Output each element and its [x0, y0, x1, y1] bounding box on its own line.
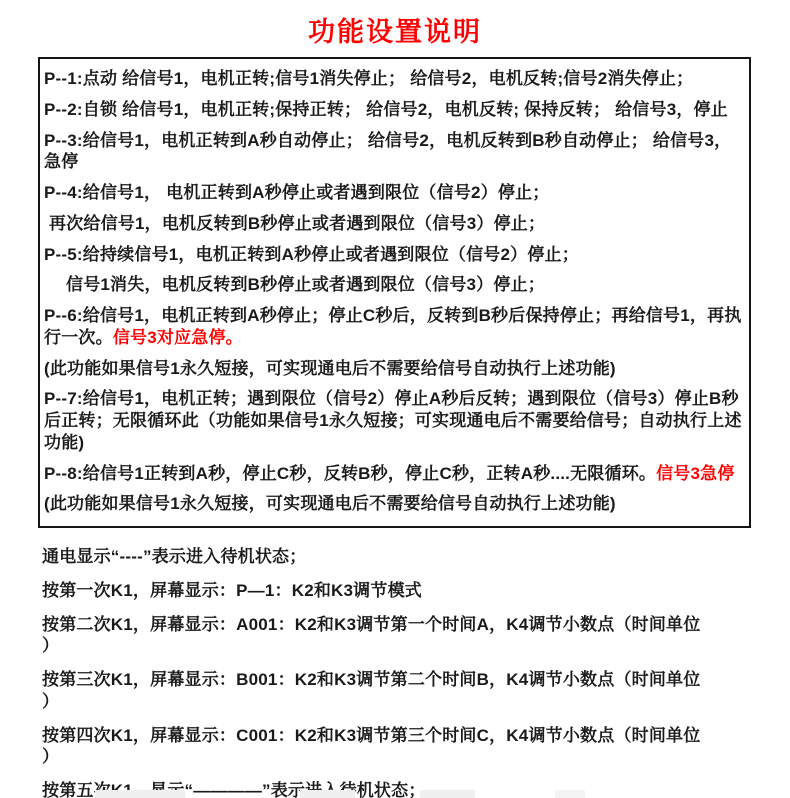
n5-text: 按第四次K1，屏幕显示：C001：K2和K3调节第三个时间C，K4调节小数点（时…	[42, 726, 700, 745]
box-paragraph-p3: P--3:给信号1，电机正转到A秒自动停止； 给信号2，电机反转到B秒自动停止；…	[44, 130, 744, 174]
p3-wrap-text: 急停	[44, 151, 744, 173]
box-paragraph-p6: P--6:给信号1，电机正转到A秒停止；停止C秒后，反转到B秒后保持停止；再给信…	[44, 305, 744, 349]
p8-red-warning: 信号3急停	[656, 464, 734, 483]
p1-text: P--1:点动 给信号1，电机正转;信号1消失停止； 给信号2，电机反转;信号2…	[44, 69, 693, 88]
p7-text: P--7:给信号1，电机正转；遇到限位（信号2）停止A秒后反转；遇到限位（信号3…	[44, 389, 742, 452]
p3-text: P--3:给信号1，电机正转到A秒自动停止； 给信号2，电机反转到B秒自动停止；…	[44, 131, 731, 150]
n1-text: 通电显示“----”表示进入待机状态；	[42, 547, 306, 566]
box-paragraph-p8note: (此功能如果信号1永久短接，可实现通电后不需要给信号自动执行上述功能)	[44, 493, 744, 515]
box-paragraph-p2: P--2:自锁 给信号1，电机正转;保持正转； 给信号2，电机反转; 保持反转；…	[44, 99, 744, 121]
page-title: 功能设置说明	[0, 10, 790, 49]
p8-text: P--8:给信号1正转到A秒，停止C秒，反转B秒，停止C秒，正转A秒....无限…	[44, 464, 656, 483]
cropped-image-fragment	[555, 790, 585, 798]
n3-wrap-text: ）	[42, 635, 754, 657]
n2-text: 按第一次K1，屏幕显示：P—1：K2和K3调节模式	[42, 581, 422, 600]
p6-red-warning: 信号3对应急停。	[113, 328, 243, 347]
n5-wrap-text: ）	[42, 746, 754, 768]
n4-wrap-text: ）	[42, 691, 754, 713]
note-line-3: 按第二次K1，屏幕显示：A001：K2和K3调节第一个时间A，K4调节小数点（时…	[42, 614, 754, 658]
note-line-2: 按第一次K1，屏幕显示：P—1：K2和K3调节模式	[42, 580, 754, 602]
p6note-text: (此功能如果信号1永久短接，可实现通电后不需要给信号自动执行上述功能)	[44, 359, 616, 378]
box-paragraph-p4: P--4:给信号1， 电机正转到A秒停止或者遇到限位（信号2）停止；	[44, 182, 744, 204]
note-line-4: 按第三次K1，屏幕显示：B001：K2和K3调节第二个时间B，K4调节小数点（时…	[42, 669, 754, 713]
key-operation-notes: 通电显示“----”表示进入待机状态； 按第一次K1，屏幕显示：P—1：K2和K…	[42, 546, 754, 798]
box-paragraph-p6note: (此功能如果信号1永久短接，可实现通电后不需要给信号自动执行上述功能)	[44, 358, 744, 380]
box-paragraph-p4b: 再次给信号1，电机反转到B秒停止或者遇到限位（信号3）停止；	[44, 213, 744, 235]
box-paragraph-p5: P--5:给持续信号1，电机正转到A秒停止或者遇到限位（信号2）停止；	[44, 244, 744, 266]
p8note-text: (此功能如果信号1永久短接，可实现通电后不需要给信号自动执行上述功能)	[44, 494, 616, 513]
cropped-image-fragment	[95, 790, 185, 798]
box-paragraph-p5b: 信号1消失，电机反转到B秒停止或者遇到限位（信号3）停止；	[44, 274, 744, 296]
cropped-next-image-strip	[0, 789, 790, 798]
p5b-text: 信号1消失，电机反转到B秒停止或者遇到限位（信号3）停止；	[66, 275, 545, 294]
note-line-5: 按第四次K1，屏幕显示：C001：K2和K3调节第三个时间C，K4调节小数点（时…	[42, 725, 754, 769]
n3-text: 按第二次K1，屏幕显示：A001：K2和K3调节第一个时间A，K4调节小数点（时…	[42, 615, 700, 634]
box-paragraph-p8: P--8:给信号1正转到A秒，停止C秒，反转B秒，停止C秒，正转A秒....无限…	[44, 463, 744, 485]
p5-text: P--5:给持续信号1，电机正转到A秒停止或者遇到限位（信号2）停止；	[44, 245, 579, 264]
p2-text: P--2:自锁 给信号1，电机正转;保持正转； 给信号2，电机反转; 保持反转；…	[44, 100, 728, 119]
box-paragraph-p7: P--7:给信号1，电机正转；遇到限位（信号2）停止A秒后反转；遇到限位（信号3…	[44, 388, 744, 453]
cropped-image-fragment	[300, 790, 355, 798]
function-description-box: P--1:点动 给信号1，电机正转;信号1消失停止； 给信号2，电机反转;信号2…	[38, 57, 751, 528]
box-paragraph-p1: P--1:点动 给信号1，电机正转;信号1消失停止； 给信号2，电机反转;信号2…	[44, 68, 744, 90]
cropped-image-fragment	[420, 790, 475, 798]
n4-text: 按第三次K1，屏幕显示：B001：K2和K3调节第二个时间B，K4调节小数点（时…	[42, 670, 700, 689]
p4-text: P--4:给信号1， 电机正转到A秒停止或者遇到限位（信号2）停止；	[44, 183, 550, 202]
note-line-1: 通电显示“----”表示进入待机状态；	[42, 546, 754, 568]
p4b-text: 再次给信号1，电机反转到B秒停止或者遇到限位（信号3）停止；	[49, 214, 545, 233]
